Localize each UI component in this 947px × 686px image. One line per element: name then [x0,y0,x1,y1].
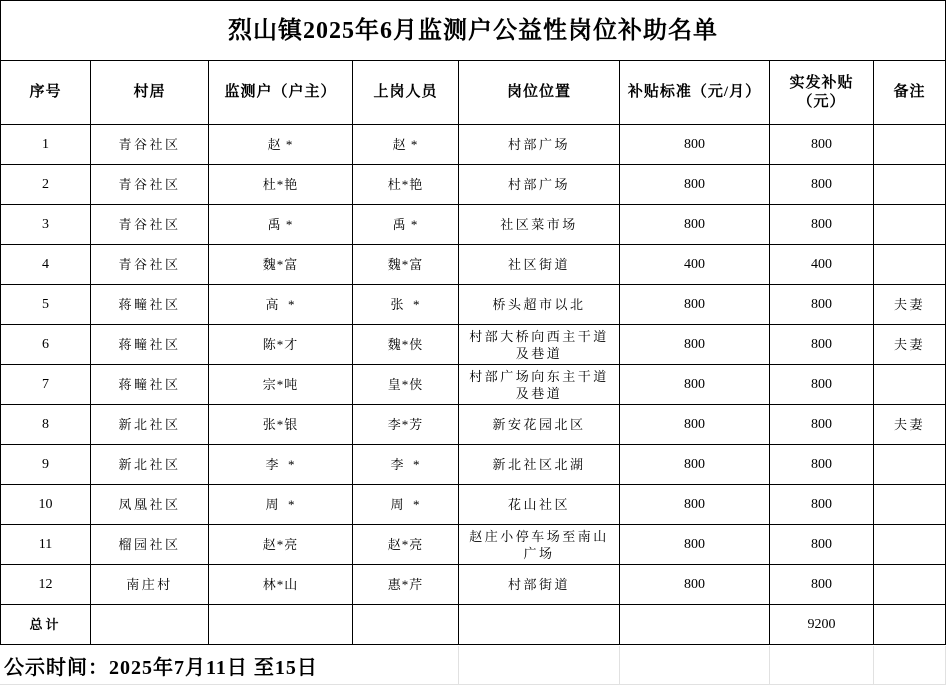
row-no: 6 [1,325,91,365]
row-position: 村部广场 [459,125,620,165]
row-standard: 800 [620,445,770,485]
row-no: 2 [1,165,91,205]
total-empty-cell [353,605,459,645]
row-standard: 400 [620,245,770,285]
total-actual: 9200 [770,605,874,645]
row-worker: 禹 * [353,205,459,245]
header-actual: 实发补贴 （元） [770,61,874,125]
row-worker: 李*芳 [353,405,459,445]
row-note [874,565,946,605]
row-actual: 800 [770,405,874,445]
header-village: 村居 [91,61,209,125]
row-worker: 周 * [353,485,459,525]
header-standard: 补贴标准（元/月） [620,61,770,125]
row-village: 南庄村 [91,565,209,605]
row-worker: 张 * [353,285,459,325]
row-village: 新北社区 [91,445,209,485]
row-household: 周 * [209,485,353,525]
total-empty-cell [874,605,946,645]
total-empty-cell [209,605,353,645]
row-actual: 800 [770,285,874,325]
row-village: 凤凰社区 [91,485,209,525]
row-household: 杜*艳 [209,165,353,205]
row-standard: 800 [620,365,770,405]
row-position: 社区街道 [459,245,620,285]
row-worker: 惠*芹 [353,565,459,605]
row-no: 5 [1,285,91,325]
row-actual: 800 [770,485,874,525]
gridline-cell [874,646,946,685]
row-worker: 赵*亮 [353,525,459,565]
row-village: 青谷社区 [91,165,209,205]
row-note: 夫妻 [874,285,946,325]
row-standard: 800 [620,125,770,165]
total-label: 总计 [1,605,91,645]
row-worker: 魏*富 [353,245,459,285]
row-note [874,205,946,245]
row-standard: 800 [620,525,770,565]
row-household: 李 * [209,445,353,485]
row-worker: 魏*侠 [353,325,459,365]
announcement-row: 公示时间：2025年7月11日 至15日 [0,646,946,685]
row-no: 10 [1,485,91,525]
row-household: 宗*吨 [209,365,353,405]
row-position: 村部大桥向西主干道 及巷道 [459,325,620,365]
row-actual: 800 [770,565,874,605]
row-no: 8 [1,405,91,445]
row-position: 桥头超市以北 [459,285,620,325]
row-actual: 800 [770,365,874,405]
row-note [874,485,946,525]
row-village: 榴园社区 [91,525,209,565]
gridline-cell [770,646,874,685]
header-note: 备注 [874,61,946,125]
row-household: 张*银 [209,405,353,445]
row-note [874,125,946,165]
row-note: 夫妻 [874,325,946,365]
row-village: 蒋疃社区 [91,325,209,365]
row-village: 蒋疃社区 [91,365,209,405]
row-worker: 皇*侠 [353,365,459,405]
row-position: 新安花园北区 [459,405,620,445]
header-position: 岗位位置 [459,61,620,125]
row-no: 11 [1,525,91,565]
row-village: 青谷社区 [91,205,209,245]
row-actual: 400 [770,245,874,285]
gridline-cell [459,646,620,685]
gridline-cell [620,646,770,685]
row-no: 12 [1,565,91,605]
row-note [874,445,946,485]
row-position: 社区菜市场 [459,205,620,245]
row-no: 3 [1,205,91,245]
row-standard: 800 [620,405,770,445]
row-note [874,525,946,565]
row-worker: 李 * [353,445,459,485]
row-village: 青谷社区 [91,245,209,285]
row-position: 村部街道 [459,565,620,605]
header-no: 序号 [1,61,91,125]
row-no: 9 [1,445,91,485]
row-household: 赵*亮 [209,525,353,565]
row-actual: 800 [770,165,874,205]
row-actual: 800 [770,525,874,565]
row-actual: 800 [770,325,874,365]
row-household: 陈*才 [209,325,353,365]
row-position: 赵庄小停车场至南山 广场 [459,525,620,565]
announcement-period: 公示时间：2025年7月11日 至15日 [0,646,459,685]
row-standard: 800 [620,565,770,605]
row-actual: 800 [770,205,874,245]
row-actual: 800 [770,445,874,485]
row-note [874,365,946,405]
row-standard: 800 [620,205,770,245]
header-worker: 上岗人员 [353,61,459,125]
row-household: 赵 * [209,125,353,165]
row-household: 禹 * [209,205,353,245]
row-household: 魏*富 [209,245,353,285]
total-empty-cell [620,605,770,645]
total-empty-cell [459,605,620,645]
row-worker: 杜*艳 [353,165,459,205]
row-no: 1 [1,125,91,165]
row-position: 新北社区北湖 [459,445,620,485]
row-standard: 800 [620,285,770,325]
row-position: 村部广场向东主干道 及巷道 [459,365,620,405]
row-note [874,245,946,285]
row-standard: 800 [620,325,770,365]
total-empty-cell [91,605,209,645]
row-position: 花山社区 [459,485,620,525]
page-title: 烈山镇2025年6月监测户公益性岗位补助名单 [1,1,946,61]
row-household: 林*山 [209,565,353,605]
row-standard: 800 [620,165,770,205]
row-village: 新北社区 [91,405,209,445]
row-village: 青谷社区 [91,125,209,165]
row-note: 夫妻 [874,405,946,445]
row-worker: 赵 * [353,125,459,165]
row-household: 高 * [209,285,353,325]
subsidy-table: 烈山镇2025年6月监测户公益性岗位补助名单 序号 村居 监测户（户主） 上岗人… [0,0,946,645]
header-household: 监测户（户主） [209,61,353,125]
row-standard: 800 [620,485,770,525]
row-village: 蒋疃社区 [91,285,209,325]
row-position: 村部广场 [459,165,620,205]
row-no: 4 [1,245,91,285]
row-note [874,165,946,205]
row-actual: 800 [770,125,874,165]
row-no: 7 [1,365,91,405]
